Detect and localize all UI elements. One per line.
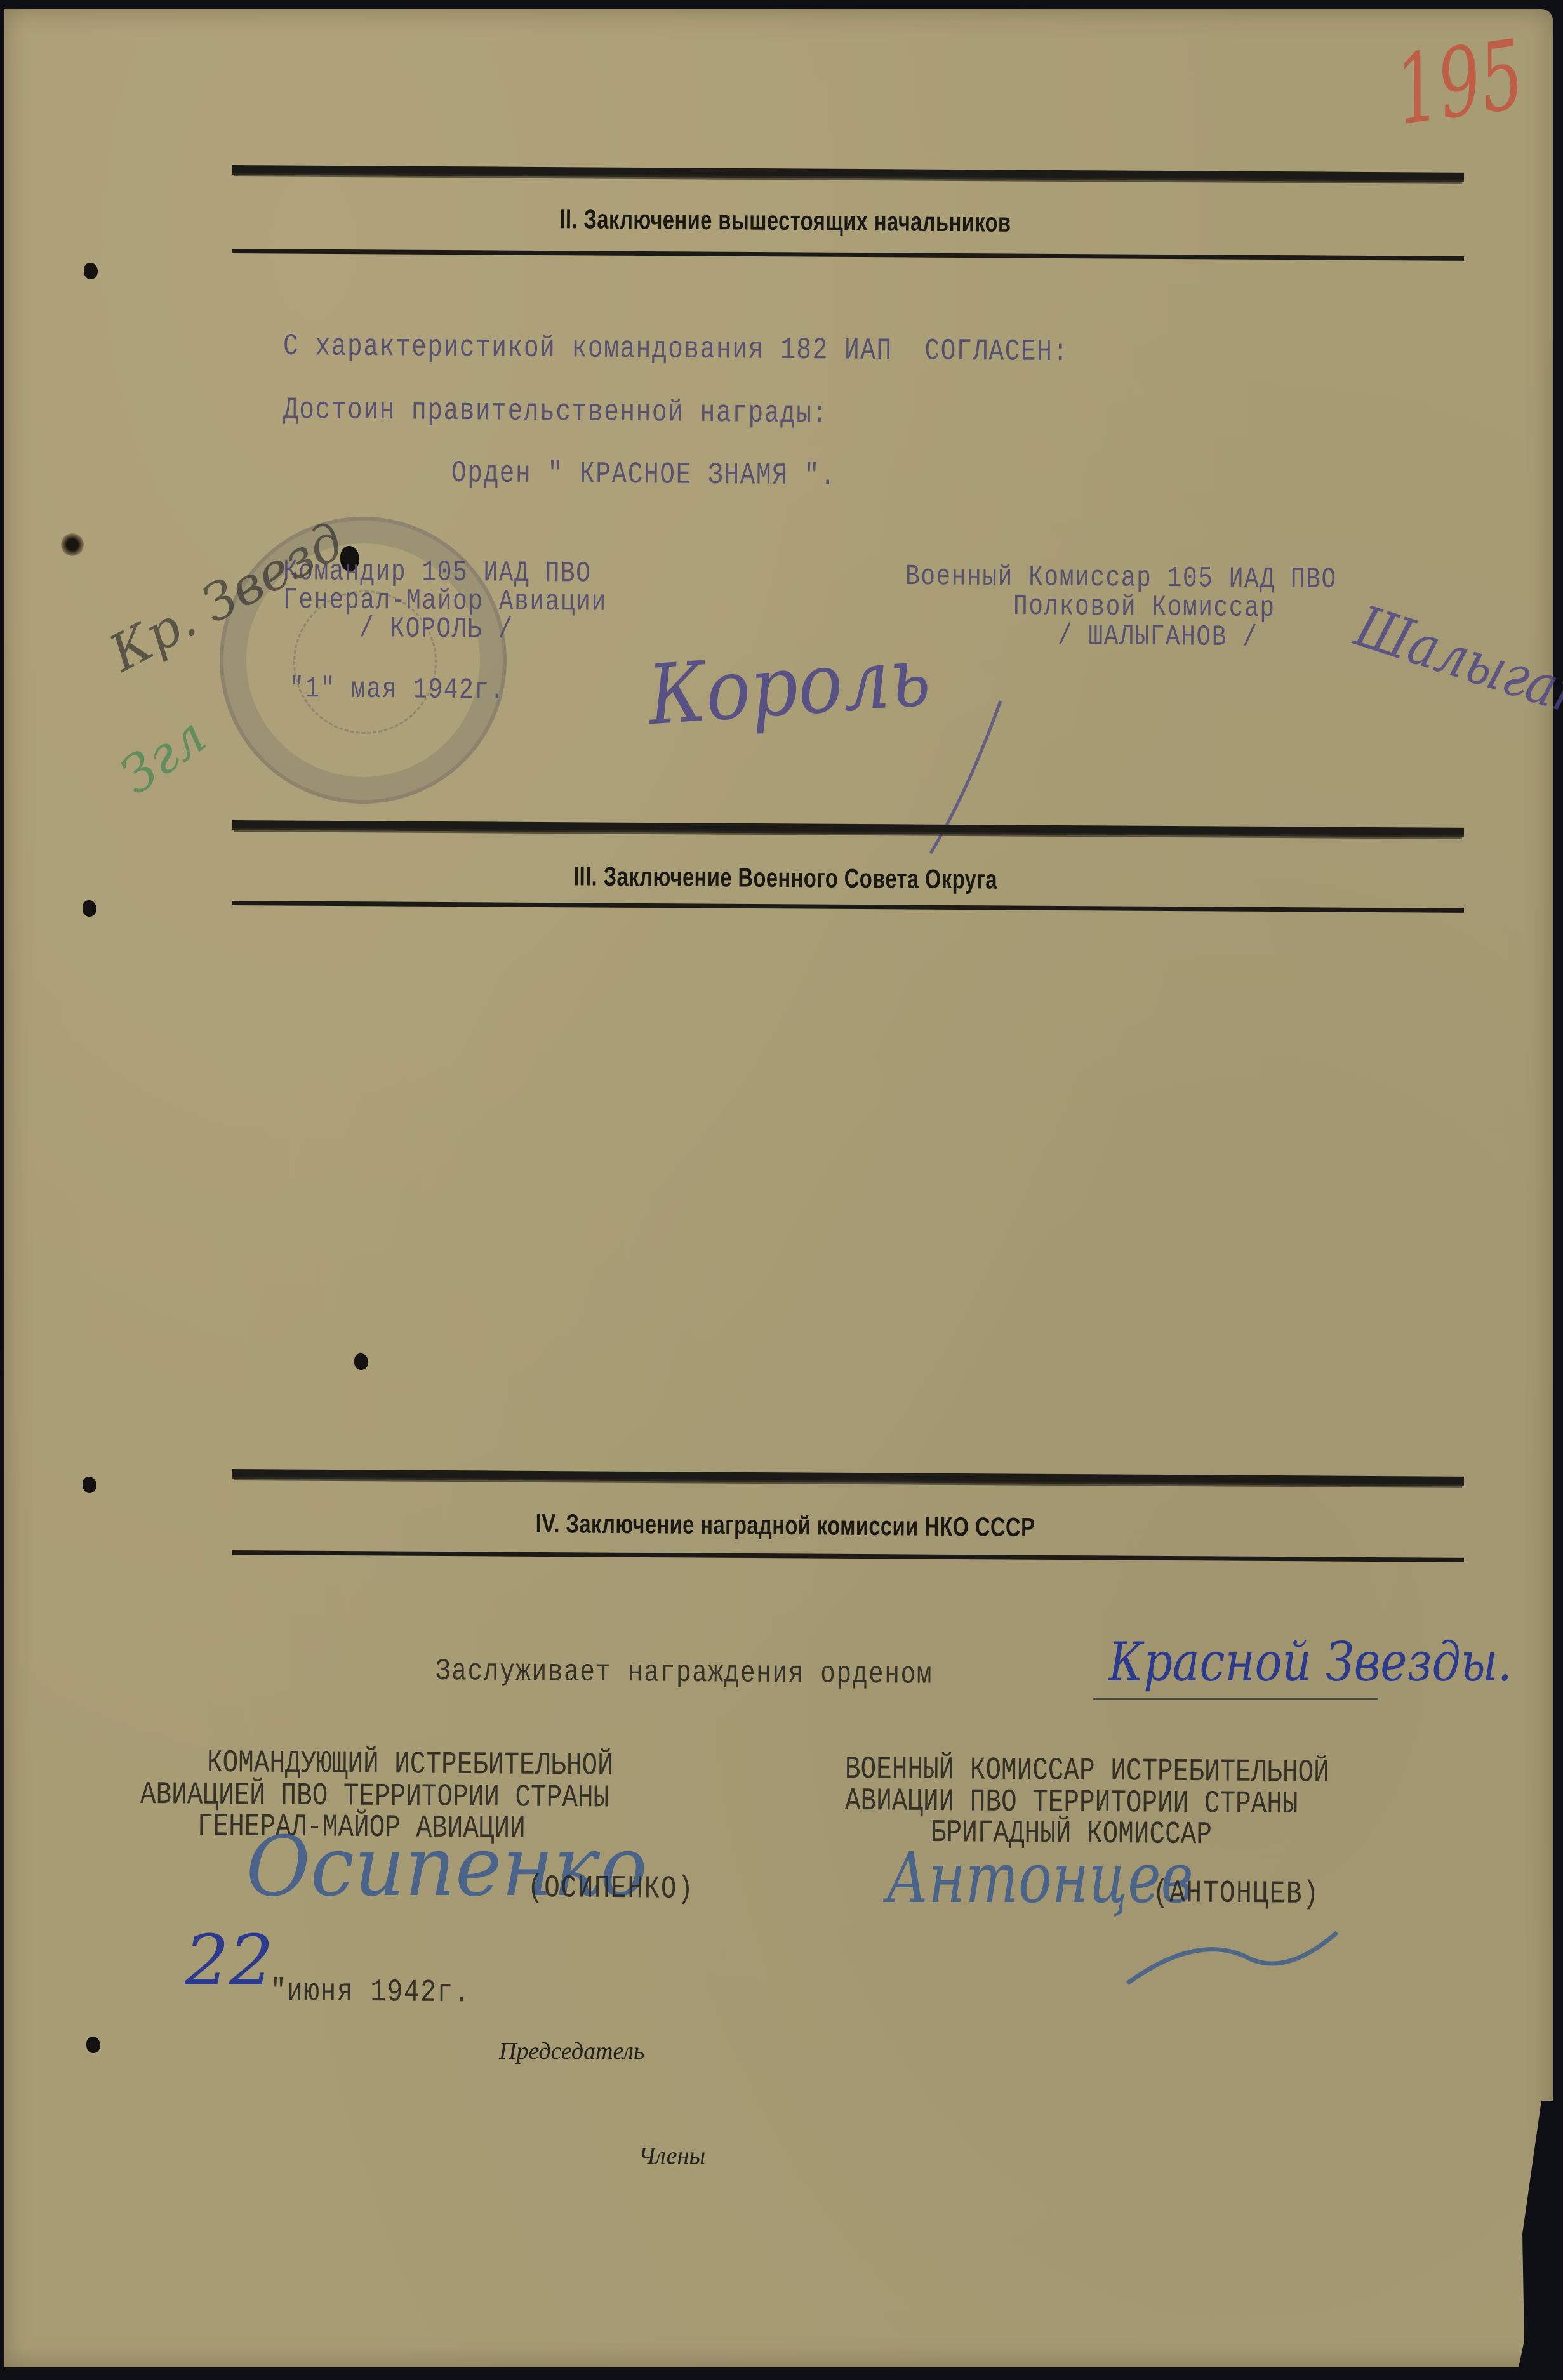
section-rule-top xyxy=(232,820,1464,837)
commissar-rank: Полковой Комиссар xyxy=(1013,590,1275,625)
section-3-heading: III. Заключение Военного Совета Округа xyxy=(176,858,1395,898)
commission-date: "июня 1942г. xyxy=(270,1974,470,2011)
section-rule-bottom xyxy=(232,249,1464,261)
section-rule-bottom xyxy=(232,1550,1464,1562)
section-2-heading: II. Заключение вышестоящих начальников xyxy=(176,201,1395,241)
punch-hole xyxy=(84,263,98,279)
punch-hole xyxy=(86,2037,100,2053)
awarded-order-handwritten: Красной Звезды. xyxy=(1108,1631,1512,1693)
award-underline xyxy=(1093,1698,1378,1700)
punch-hole xyxy=(83,1477,96,1493)
section-rule-top xyxy=(232,1469,1464,1486)
chairman-label: Председатель xyxy=(499,2037,644,2065)
punch-hole xyxy=(61,533,84,556)
signature-tail-stroke xyxy=(893,695,1020,860)
section-4-heading: IV. Заключение наградной комиссии НКО СС… xyxy=(176,1505,1395,1545)
order-line: Орден " КРАСНОЕ ЗНАМЯ ". xyxy=(451,456,836,494)
commander-name: / КОРОЛЬ / xyxy=(359,612,514,646)
handwritten-day: 22 xyxy=(185,1920,274,2001)
members-label: Члены xyxy=(639,2142,705,2170)
antontsev-signature: Антонцев xyxy=(886,1837,1194,1918)
osipenko-name: (ОСИПЕНКО) xyxy=(528,1870,695,1908)
section-3-blank-area xyxy=(232,923,1464,1444)
commissar-signature: Шалыганов xyxy=(1348,593,1563,748)
commissar-name: / ШАЛЫГАНОВ / xyxy=(1058,620,1258,654)
award-sheet-page: 195 II. Заключение вышестоящих начальник… xyxy=(4,9,1553,2367)
archive-page-number: 195 xyxy=(1389,20,1531,147)
antontsev-name: (АНТОНЦЕВ) xyxy=(1153,1875,1320,1913)
green-margin-note: Згл xyxy=(109,706,216,806)
punch-hole xyxy=(83,900,96,917)
section-rule-top xyxy=(232,165,1464,182)
worthy-line: Достоин правительственной награды: xyxy=(283,393,828,431)
torn-corner xyxy=(1515,2101,1553,2367)
approval-date: "1" мая 1942г. xyxy=(289,672,505,707)
concurrence-line: С характеристикой командования 182 ИАП С… xyxy=(283,329,1069,369)
commander-signature: Король xyxy=(645,628,933,744)
section-rule-bottom xyxy=(232,901,1464,913)
award-statement: Заслуживает награждения орденом xyxy=(436,1654,933,1692)
signature-flourish xyxy=(1121,1907,1350,2009)
